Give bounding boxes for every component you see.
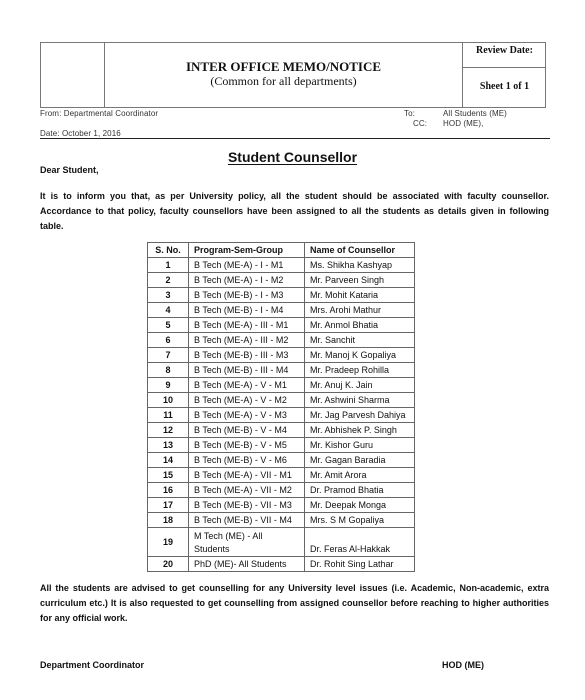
cc-label: CC: xyxy=(413,119,427,129)
review-date-label: Review Date: xyxy=(463,43,546,68)
to-value: All Students (ME) xyxy=(443,109,507,119)
row-program: B Tech (ME-B) - V - M6 xyxy=(189,453,305,468)
row-program: B Tech (ME-B) - III - M3 xyxy=(189,348,305,363)
table-header-row: S. No. Program-Sem-Group Name of Counsel… xyxy=(148,243,415,258)
table-row: 3B Tech (ME-B) - I - M3Mr. Mohit Kataria xyxy=(148,288,415,303)
table-row: 12B Tech (ME-B) - V - M4Mr. Abhishek P. … xyxy=(148,423,415,438)
row-counsellor: Mr. Parveen Singh xyxy=(305,273,415,288)
from-line: From: Departmental Coordinator xyxy=(40,109,158,119)
row-program: M Tech (ME) - All Students xyxy=(189,528,305,557)
intro-paragraph: It is to inform you that, as per Univers… xyxy=(40,189,549,234)
signature-department-coordinator: Department Coordinator xyxy=(40,660,144,670)
row-counsellor: Mr. Kishor Guru xyxy=(305,438,415,453)
row-program: B Tech (ME-B) - VII - M3 xyxy=(189,498,305,513)
closing-paragraph: All the students are advised to get coun… xyxy=(40,581,549,626)
table-row: 2B Tech (ME-A) - I - M2Mr. Parveen Singh xyxy=(148,273,415,288)
header-info-cell: Review Date: Sheet 1 of 1 xyxy=(462,43,546,107)
table-row: 7B Tech (ME-B) - III - M3Mr. Manoj K Gop… xyxy=(148,348,415,363)
table-row: 14B Tech (ME-B) - V - M6Mr. Gagan Baradi… xyxy=(148,453,415,468)
row-sno: 2 xyxy=(148,273,189,288)
row-program: B Tech (ME-A) - I - M2 xyxy=(189,273,305,288)
row-counsellor: Mr. Sanchit xyxy=(305,333,415,348)
row-sno: 10 xyxy=(148,393,189,408)
row-counsellor: Mr. Pradeep Rohilla xyxy=(305,363,415,378)
row-counsellor: Mr. Mohit Kataria xyxy=(305,288,415,303)
row-sno: 14 xyxy=(148,453,189,468)
row-counsellor: Mr. Amit Arora xyxy=(305,468,415,483)
table-row: 4B Tech (ME-B) - I - M4Mrs. Arohi Mathur xyxy=(148,303,415,318)
memo-subtitle: (Common for all departments) xyxy=(105,74,462,88)
row-sno: 15 xyxy=(148,468,189,483)
row-program: B Tech (ME-A) - III - M2 xyxy=(189,333,305,348)
row-sno: 4 xyxy=(148,303,189,318)
row-sno: 19 xyxy=(148,528,189,557)
table-row: 10B Tech (ME-A) - V - M2Mr. Ashwini Shar… xyxy=(148,393,415,408)
row-program: B Tech (ME-B) - V - M5 xyxy=(189,438,305,453)
row-program: B Tech (ME-A) - I - M1 xyxy=(189,258,305,273)
row-counsellor: Mr. Anuj K. Jain xyxy=(305,378,415,393)
row-counsellor: Mrs. Arohi Mathur xyxy=(305,303,415,318)
table-row: 9B Tech (ME-A) - V - M1Mr. Anuj K. Jain xyxy=(148,378,415,393)
table-row: 6B Tech (ME-A) - III - M2Mr. Sanchit xyxy=(148,333,415,348)
row-sno: 13 xyxy=(148,438,189,453)
row-counsellor: Mr. Ashwini Sharma xyxy=(305,393,415,408)
cc-value: HOD (ME), xyxy=(443,119,483,129)
header-program: Program-Sem-Group xyxy=(189,243,305,258)
row-program: B Tech (ME-B) - V - M4 xyxy=(189,423,305,438)
table-row: 18B Tech (ME-B) - VII - M4Mrs. S M Gopal… xyxy=(148,513,415,528)
row-sno: 5 xyxy=(148,318,189,333)
row-sno: 3 xyxy=(148,288,189,303)
salutation: Dear Student, xyxy=(40,163,549,178)
row-program: PhD (ME)- All Students xyxy=(189,557,305,572)
row-program: B Tech (ME-B) - VII - M4 xyxy=(189,513,305,528)
memo-header-box: INTER OFFICE MEMO/NOTICE (Common for all… xyxy=(40,42,546,108)
sheet-label: Sheet 1 of 1 xyxy=(463,68,546,108)
row-program: B Tech (ME-A) - V - M3 xyxy=(189,408,305,423)
row-sno: 12 xyxy=(148,423,189,438)
row-program: B Tech (ME-A) - V - M2 xyxy=(189,393,305,408)
table-row: 5B Tech (ME-A) - III - M1Mr. Anmol Bhati… xyxy=(148,318,415,333)
row-sno: 8 xyxy=(148,363,189,378)
table-row: 20PhD (ME)- All StudentsDr. Rohit Sing L… xyxy=(148,557,415,572)
row-program: B Tech (ME-B) - I - M3 xyxy=(189,288,305,303)
row-counsellor: Mr. Jag Parvesh Dahiya xyxy=(305,408,415,423)
header-logo-cell xyxy=(41,43,105,107)
row-sno: 9 xyxy=(148,378,189,393)
row-sno: 17 xyxy=(148,498,189,513)
row-sno: 20 xyxy=(148,557,189,572)
row-counsellor: Mr. Abhishek P. Singh xyxy=(305,423,415,438)
table-row: 8B Tech (ME-B) - III - M4Mr. Pradeep Roh… xyxy=(148,363,415,378)
header-sno: S. No. xyxy=(148,243,189,258)
row-counsellor: Mr. Gagan Baradia xyxy=(305,453,415,468)
table-row: 17B Tech (ME-B) - VII - M3Mr. Deepak Mon… xyxy=(148,498,415,513)
row-program: B Tech (ME-B) - III - M4 xyxy=(189,363,305,378)
table-row: 11B Tech (ME-A) - V - M3Mr. Jag Parvesh … xyxy=(148,408,415,423)
row-sno: 7 xyxy=(148,348,189,363)
table-row: 16B Tech (ME-A) - VII - M2Dr. Pramod Bha… xyxy=(148,483,415,498)
row-program: B Tech (ME-A) - III - M1 xyxy=(189,318,305,333)
row-counsellor: Ms. Shikha Kashyap xyxy=(305,258,415,273)
row-program: B Tech (ME-A) - VII - M2 xyxy=(189,483,305,498)
row-counsellor: Mr. Anmol Bhatia xyxy=(305,318,415,333)
row-sno: 11 xyxy=(148,408,189,423)
table-row: 15B Tech (ME-A) - VII - M1Mr. Amit Arora xyxy=(148,468,415,483)
signature-hod: HOD (ME) xyxy=(442,660,484,670)
header-title-cell: INTER OFFICE MEMO/NOTICE (Common for all… xyxy=(105,60,462,88)
to-label: To: xyxy=(404,109,415,119)
row-sno: 1 xyxy=(148,258,189,273)
table-row: 13B Tech (ME-B) - V - M5Mr. Kishor Guru xyxy=(148,438,415,453)
table-row: 19M Tech (ME) - All StudentsDr. Feras Al… xyxy=(148,528,415,557)
row-counsellor: Dr. Rohit Sing Lathar xyxy=(305,557,415,572)
row-program: B Tech (ME-A) - V - M1 xyxy=(189,378,305,393)
memo-title: INTER OFFICE MEMO/NOTICE xyxy=(105,60,462,74)
row-counsellor: Dr. Pramod Bhatia xyxy=(305,483,415,498)
row-program: B Tech (ME-A) - VII - M1 xyxy=(189,468,305,483)
counsellor-table: S. No. Program-Sem-Group Name of Counsel… xyxy=(147,242,415,572)
row-program: B Tech (ME-B) - I - M4 xyxy=(189,303,305,318)
row-sno: 18 xyxy=(148,513,189,528)
row-sno: 16 xyxy=(148,483,189,498)
row-counsellor: Mrs. S M Gopaliya xyxy=(305,513,415,528)
header-divider xyxy=(40,138,550,139)
row-counsellor: Dr. Feras Al-Hakkak xyxy=(305,528,415,557)
row-sno: 6 xyxy=(148,333,189,348)
header-counsellor: Name of Counsellor xyxy=(305,243,415,258)
table-row: 1B Tech (ME-A) - I - M1Ms. Shikha Kashya… xyxy=(148,258,415,273)
row-counsellor: Mr. Deepak Monga xyxy=(305,498,415,513)
row-counsellor: Mr. Manoj K Gopaliya xyxy=(305,348,415,363)
